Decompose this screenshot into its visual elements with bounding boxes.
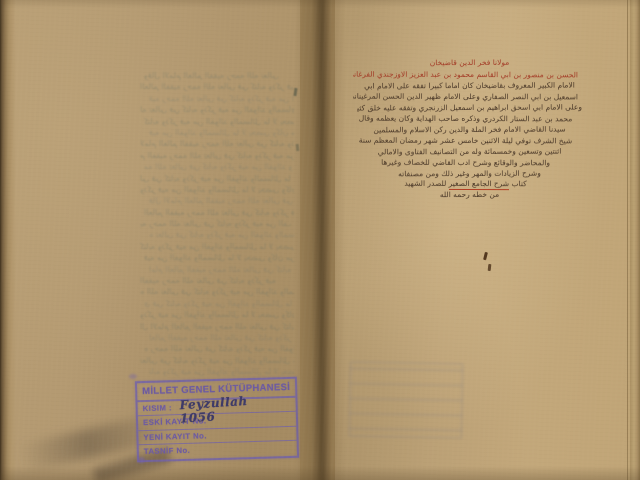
left-page: وقال الامام العالم الفقيه رحمه الله تعال…	[8, 0, 300, 480]
red-underlined-phrase: شرح الجامع الصغير	[449, 179, 509, 190]
bleedthrough-line: كتابه وذكر فيه من الفوائد والمسائل ما لا…	[140, 241, 294, 252]
bleedthrough-text: وقال الامام العالم الفقيه رحمه الله تعال…	[140, 70, 294, 378]
bleedthrough-line: قال الامام العالم الفقيه رحمه الله تعالى…	[140, 195, 294, 206]
bleedthrough-line: ه الله تعالى في كتابه وذكر فيه من الفوائ…	[140, 286, 294, 297]
bleedthrough-line: له تعالى في كتابه وذكر فيه من الفوائد وا…	[140, 104, 294, 115]
bleedthrough-line: وذكر فيه من الفوائد والمسائل ما لا يحصى …	[140, 309, 294, 320]
bleedthrough-line: مه الله تعالى في كتابه وذكر فيه من الفوا…	[140, 161, 294, 172]
manuscript-line: اثنتين وتسعين وخمسمائة وله من التصانيف ا…	[357, 146, 582, 158]
bleedthrough-line: يه رحمه الله تعالى في كتابه وذكر فيه من …	[140, 218, 294, 229]
manuscript-line: مولانا فخر الدين قاضيخان	[357, 58, 582, 70]
bleedthrough-line: لعالم الفقيه رحمه الله تعالى في كتابه وذ…	[140, 332, 294, 343]
bleedthrough-line: فيه من الفوائد والمسائل ما لا يحصى وكان …	[140, 127, 294, 138]
bleedthrough-line: الفقيه رحمه الله تعالى في كتابه وذكر فيه	[140, 275, 294, 286]
bleedthrough-line: لى في كتابه وذكر فيه من الفوائد والمسائل…	[140, 173, 294, 184]
stamp-showthrough	[348, 361, 463, 439]
gutter-shadow	[294, 0, 346, 480]
stamp-handwritten-entry: 1056	[180, 410, 216, 426]
bleedthrough-line: م الفقيه رحمه الله تعالى في كتابه وذكر ف…	[140, 150, 294, 161]
ink-mark	[483, 252, 487, 260]
bleedthrough-line: تعالى في كتابه وذكر فيه من الفوائد والمس…	[140, 355, 294, 366]
page-edge-line	[627, 0, 628, 480]
stamp-row-label: KISIM :	[143, 403, 172, 413]
ink-mark	[488, 264, 492, 271]
bleedthrough-line: ه رحمه الله تعالى في كتابه وذكر فيه من ا…	[140, 343, 294, 354]
stamp-ink-blot	[129, 374, 137, 379]
manuscript-line: شيخ الشرف توفي ليلة الاثنين خامس عشر شهر…	[353, 135, 578, 147]
bleedthrough-line: امام العالم الفقيه رحمه الله تعالى في كت…	[140, 264, 294, 275]
stamp-ink-blot	[138, 457, 145, 463]
bleedthrough-line: قيه رحمه الله تعالى في كتابه وذكر فيه من…	[140, 93, 294, 104]
manuscript-line: سيدنا القاضي الامام فخر الملة والدين ركن…	[357, 124, 582, 136]
stamp-row-label: TASNİF No.	[144, 446, 191, 456]
bleedthrough-line: العالم الفقيه رحمه الله تعالى في كتابه و…	[140, 207, 294, 218]
manuscript-line: من خطه رحمه الله	[357, 190, 582, 202]
right-page: مولانا فخر الدين قاضيخانالحسن بن منصور ب…	[335, 0, 630, 480]
bleedthrough-line: تابه وذكر فيه من الفوائد والمسائل ما لا …	[140, 366, 294, 377]
bleedthrough-line: وذكر فيه من الفوائد والمسائل ما لا يحصى …	[140, 184, 294, 195]
bleedthrough-line: وقال الامام العالم الفقيه رحمه الله تعال…	[140, 70, 294, 81]
manuscript-line: وعلى الامام ابي اسحق ابراهيم بن اسمعيل ا…	[357, 103, 582, 115]
bleedthrough-line: ه تعالى في كتابه وذكر فيه من الفوائد وال…	[140, 229, 294, 240]
bleedthrough-line: ى في كتابه وذكر فيه من الفوائد والمسائل …	[140, 298, 294, 309]
book-left-edge	[0, 0, 16, 480]
book-scan: وقال الامام العالم الفقيه رحمه الله تعال…	[0, 0, 640, 480]
bleedthrough-line: ال الامام العالم الفقيه رحمه الله تعالى …	[140, 321, 294, 332]
book-right-edge	[627, 0, 640, 480]
manuscript-line: والمحاضر والوقائع وشرح ادب القاضي للخصاف…	[353, 157, 578, 169]
manuscript-line: محمد بن عبد الستار الكردري وذكره صاحب ال…	[353, 114, 578, 126]
bleedthrough-line: لامام العالم الفقيه رحمه الله تعالى في ك…	[140, 138, 294, 149]
manuscript-text-block: مولانا فخر الدين قاضيخانالحسن بن منصور ب…	[355, 58, 580, 201]
bleedthrough-line: فيه من الفوائد والمسائل ما لا يحصى وكان …	[140, 252, 294, 263]
library-stamp: MİLLET GENEL KÜTÜPHANESİ KISIM :Feyzulla…	[135, 377, 299, 462]
bleedthrough-line: كتابه وذكر فيه من الفوائد والمسائل ما لا…	[140, 116, 294, 127]
stamp-row-label: YENİ KAYIT No.	[143, 431, 207, 442]
bleedthrough-line: العالم الفقيه رحمه الله تعالى في كتابه و…	[140, 81, 294, 92]
stamp-rows: KISIM :FeyzullahESKİ KAYIT No.1056YENİ K…	[137, 398, 297, 459]
